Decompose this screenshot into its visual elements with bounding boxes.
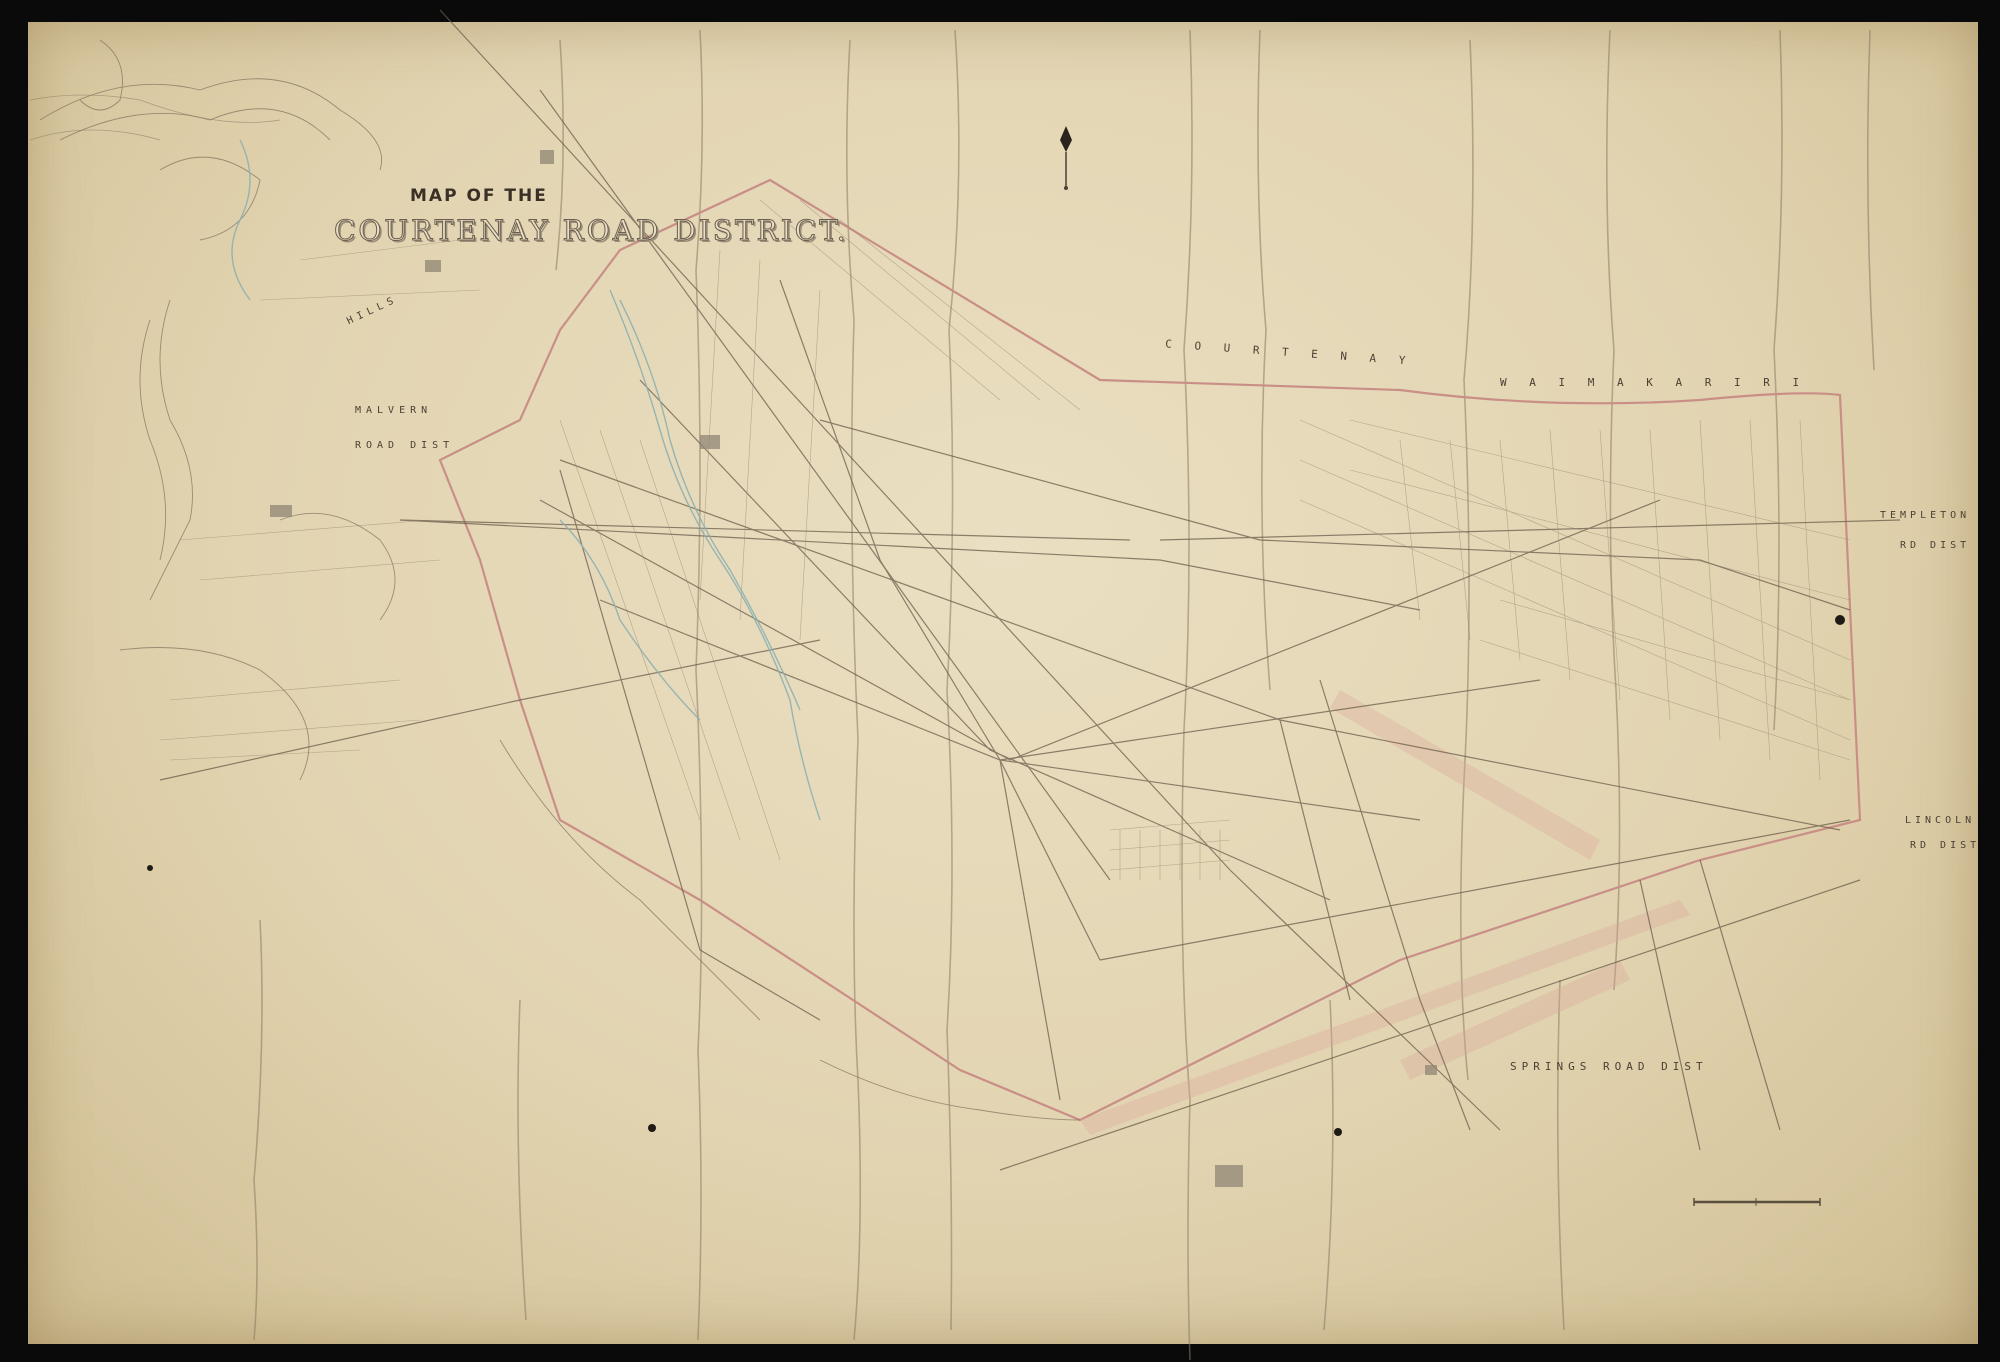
region-label-templeton: TEMPLETON <box>1880 510 1970 521</box>
north-arrow-icon <box>1060 126 1072 190</box>
region-label-springs: SPRINGS ROAD DIST <box>1510 1060 1708 1073</box>
survey-roads <box>160 10 1900 1170</box>
map-title-line2: COURTENAY ROAD DISTRICT. <box>334 214 849 247</box>
map-title-line1: MAP OF THE <box>410 186 548 206</box>
region-label-waimakariri: W A I M A K A R I R I <box>1500 376 1807 389</box>
district-boundary <box>440 180 1860 1120</box>
map-drawing <box>0 0 2000 1362</box>
region-label-malvern-dist: ROAD DIST <box>355 440 454 451</box>
region-label-malvern: MALVERN <box>355 405 432 416</box>
scale-bar <box>1694 1198 1820 1206</box>
estuary <box>30 95 280 140</box>
region-label-templeton-dist: RD DIST <box>1900 540 1970 551</box>
hills-contours <box>40 40 1080 1120</box>
region-label-lincoln-dist: RD DIST <box>1910 840 1980 851</box>
region-label-lincoln: LINCOLN <box>1905 815 1975 826</box>
parcel-lines <box>160 200 1850 880</box>
ink-blots <box>147 615 1845 1136</box>
